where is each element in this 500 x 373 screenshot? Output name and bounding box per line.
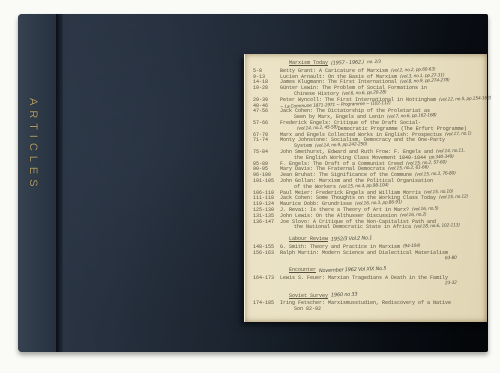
heading-note-handwritten: 1960 no 33: [331, 293, 358, 300]
handwritten-ref: (vol.15, no.12): [439, 195, 468, 202]
entry-pages: 19-28: [253, 86, 280, 92]
entry-pages: 47-56: [253, 109, 280, 115]
entry-title: Ralph Martin: Modern Science and Dialect…: [280, 250, 448, 256]
section-heading: Soviet Survey: [289, 293, 328, 299]
section-heading: Marxism Today: [289, 60, 328, 66]
entry-pages: 174-185: [253, 301, 280, 307]
section: EncounterNovember 1962 Vol XIX No.5164-1…: [253, 268, 483, 287]
handwritten-ref: (vol.15, no.3, 76-80): [415, 171, 456, 178]
handwritten-ref: (vol.7, no.6, pp.162-168): [387, 113, 437, 121]
handwritten-ref: (vol.16, no.2): [400, 212, 427, 219]
entry-pages: 71-74: [253, 138, 280, 144]
entry-text: Lewis S. Feuer: Marxian Tragedians A Dea…: [280, 276, 483, 288]
section: Labour Review1952/3 Vol.2 No.1148-155G. …: [253, 237, 483, 262]
heading-note-handwritten: November 1962 Vol XIX No.5: [319, 267, 387, 275]
section-heading: Labour Review: [289, 236, 328, 242]
spine-ridge: [63, 14, 68, 352]
section-heading-row: Labour Review1952/3 Vol.2 No.1: [253, 237, 483, 243]
handwritten-ref: (vol.17, no.1): [445, 131, 472, 138]
section-heading-row: Soviet Survey1960 no 33: [253, 294, 483, 300]
handwritten-ref: (vol.14, no.2, 45-58): [297, 125, 338, 132]
heading-note-handwritten: 1952/3 Vol.2 No.1: [331, 236, 372, 243]
entry-title-continuation: the National Democratic State in Africa: [294, 224, 411, 230]
entry-title: Lewis S. Feuer: Marxian Tragedians A Dea…: [280, 275, 448, 281]
spine-groove: [56, 14, 63, 352]
entry-row: 164-173Lewis S. Feuer: Marxian Tragedian…: [253, 276, 483, 288]
section: Marxism Today(1957 - 1962.)no. 2/35-8Bet…: [253, 61, 483, 231]
photo-background: ARTICLES Marxism Today(1957 - 1962.)no. …: [0, 0, 500, 373]
entry-title-continuation: Son 82-92: [294, 306, 321, 312]
entry-journal-pages: 23-32: [280, 282, 483, 288]
entry-journal-pages: 63-80: [280, 257, 483, 263]
entry-line-continuation: the National Democratic State in Africa(…: [280, 225, 483, 231]
entry-row: 156-163Ralph Martin: Modern Science and …: [253, 251, 483, 263]
section: Soviet Survey1960 no 33174-185Iring Fets…: [253, 294, 483, 313]
section-heading: Encounter: [289, 267, 316, 273]
section-heading-row: EncounterNovember 1962 Vol XIX No.5: [253, 268, 483, 274]
entry-text: Iring Fetscher: Marxismusstudien, Redisc…: [280, 301, 483, 313]
heading-note-handwritten: (1957 - 1962.): [331, 60, 364, 67]
entry-text: Joe Slovo: A Critique of the Non-Capital…: [280, 220, 483, 232]
entry-row: 174-185Iring Fetscher: Marxismusstudien,…: [253, 301, 483, 313]
heading-note-handwritten: no. 2/3: [367, 60, 381, 66]
entry-row: 136-147Joe Slovo: A Critique of the Non-…: [253, 220, 483, 232]
entry-line-continuation: Son 82-92: [280, 307, 483, 313]
entry-pages: 101-105: [253, 179, 280, 185]
entry-pages: 136-147: [253, 220, 280, 226]
section-heading-row: Marxism Today(1957 - 1962.)no. 2/3: [253, 61, 483, 67]
entry-pages: 75-84: [253, 150, 280, 156]
entry-pages: 57-66: [253, 121, 280, 127]
spine-title: ARTICLES: [27, 98, 39, 268]
handwritten-ref: 23-32: [445, 281, 457, 287]
entry-pages: 156-163: [253, 251, 280, 257]
handwritten-ref: (94-104): [403, 244, 421, 250]
entry-text: Ralph Martin: Modern Science and Dialect…: [280, 251, 483, 263]
entry-pages: 164-173: [253, 276, 280, 282]
handwritten-ref: 63-80: [445, 255, 457, 261]
contents-list: Marxism Today(1957 - 1962.)no. 2/35-8Bet…: [245, 54, 487, 322]
contents-sheet: Marxism Today(1957 - 1962.)no. 2/35-8Bet…: [244, 54, 487, 322]
handwritten-ref: (vol.12, no.5, pp.154-162): [439, 96, 491, 104]
handwritten-ref: (vol.18, no.6, 102-113): [414, 224, 460, 231]
